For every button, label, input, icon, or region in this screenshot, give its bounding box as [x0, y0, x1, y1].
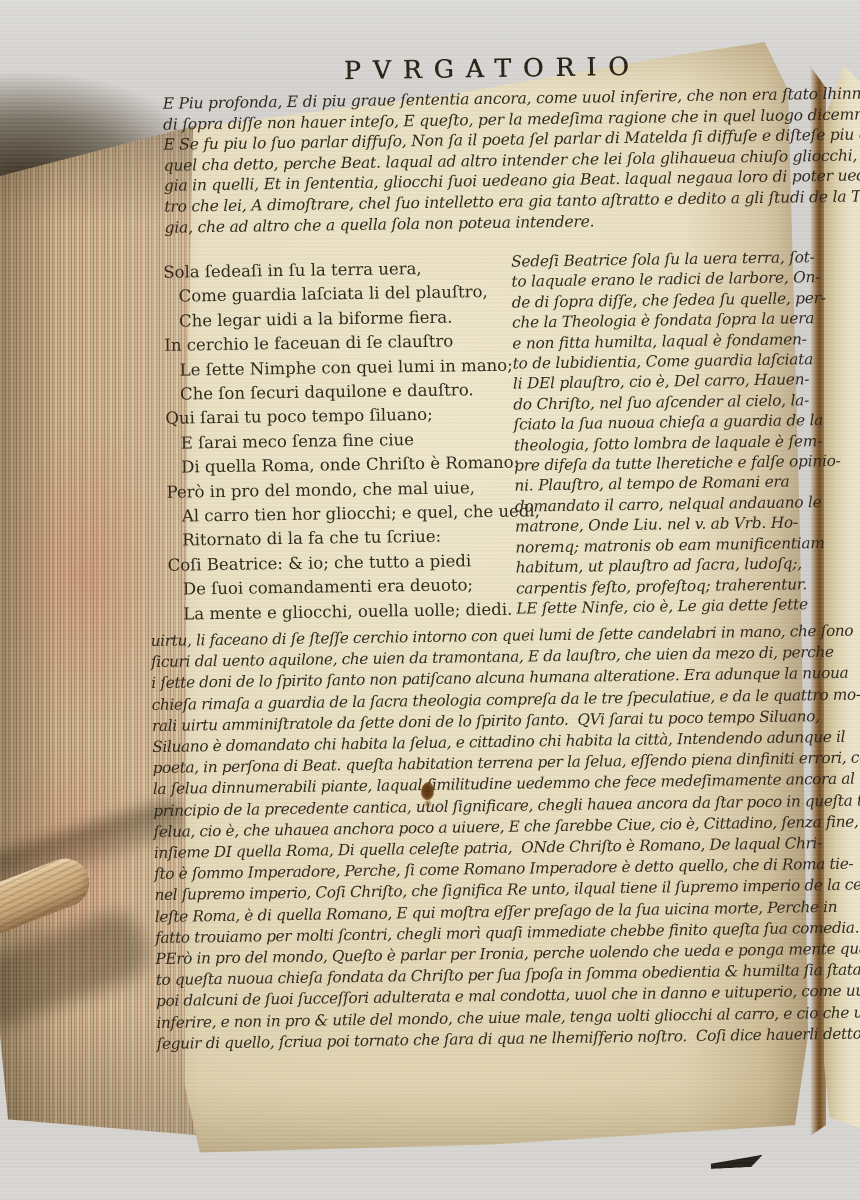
dark-clip-mark: [707, 1155, 762, 1169]
verse-line: La mente e gliocchi, ouella uolle; diedi…: [168, 597, 508, 626]
running-title: PVRGATORIO: [150, 49, 822, 88]
printed-text-area: PVRGATORIO E Piu profonda, E di piu grau…: [150, 45, 837, 1095]
ink-blot-smear: [424, 799, 432, 808]
intro-commentary-block: E Piu profonda, E di piu graue ſententia…: [163, 84, 820, 238]
commentary-body-block: uirtu, li faceano di ſe ſteſſe cerchio i…: [151, 621, 847, 1055]
ink-blot-stain: [421, 782, 434, 800]
verse-column: Sola ſedeaſi in ſu la terra uera,Come gu…: [163, 256, 508, 627]
commentary-column: Sedeſi Beatrice ſola ſu la uera terra, ſ…: [511, 247, 830, 619]
commentary-line: LE ſette Ninfe, cio è, Le gia dette ſett…: [516, 594, 830, 619]
verse-line: Come guardia laſciata li del plauſtro,: [163, 280, 503, 309]
photo-of-open-book: PVRGATORIO E Piu profonda, E di piu grau…: [0, 0, 860, 1200]
